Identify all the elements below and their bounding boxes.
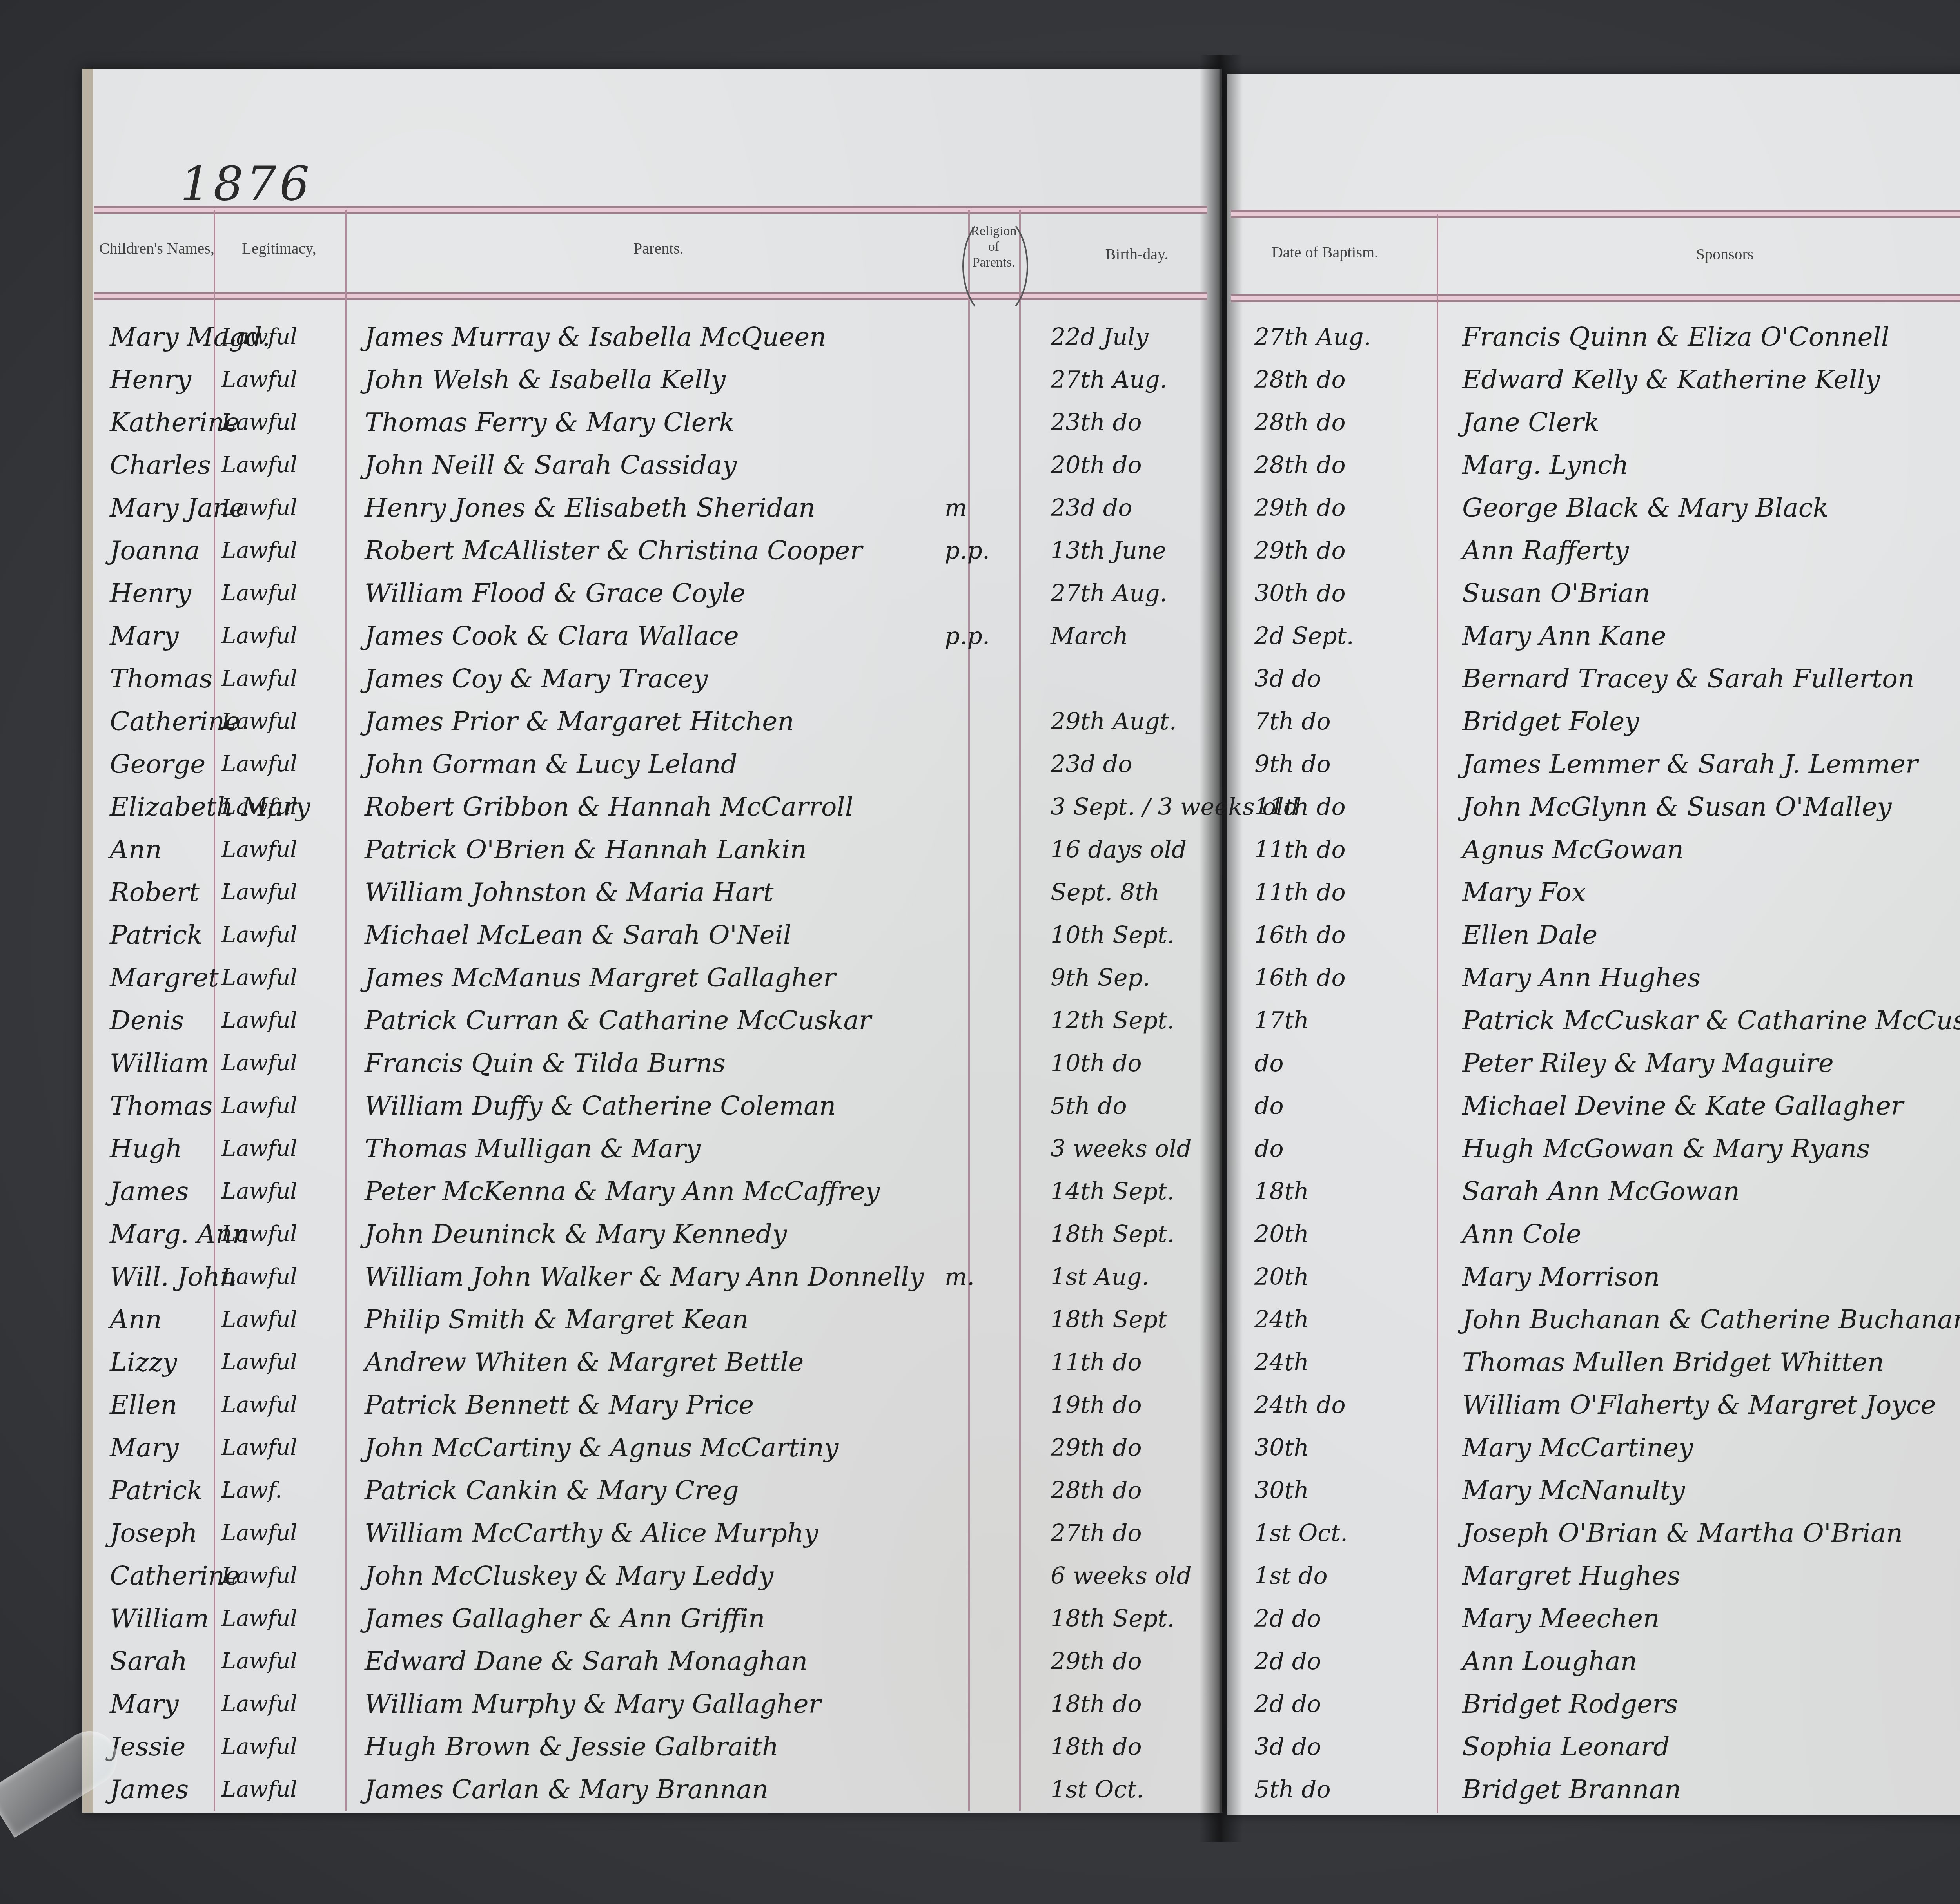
baptism-date: 17th: [1254, 997, 1309, 1044]
baptism-date: 28th do: [1254, 399, 1346, 446]
parents: Robert Gribbon & Hannah McCarroll: [365, 783, 853, 831]
legitimacy: Lawful: [221, 912, 297, 959]
religion: p.p.: [945, 613, 990, 660]
legitimacy: Lawful: [221, 527, 297, 574]
parents: James Prior & Margaret Hitchen: [365, 698, 794, 745]
parents: John McCluskey & Mary Leddy: [365, 1552, 773, 1599]
parents: William Johnston & Maria Hart: [365, 869, 773, 916]
child-name: Robert: [110, 869, 200, 916]
legitimacy: Lawful: [221, 826, 297, 873]
legitimacy: Lawful: [221, 1638, 297, 1685]
sponsors: Margret Hughes: [1462, 1552, 1681, 1599]
register-row: CatherineLawfulJohn McCluskey & Mary Led…: [0, 1552, 1960, 1599]
parents: William Flood & Grace Coyle: [365, 570, 746, 617]
parents: William John Walker & Mary Ann Donnelly: [365, 1253, 924, 1300]
birth-day: 28th do: [1051, 1467, 1142, 1514]
legitimacy: Lawful: [221, 484, 297, 531]
sponsors: Mary McCartiney: [1462, 1424, 1693, 1471]
parents: Francis Quin & Tilda Burns: [365, 1040, 726, 1087]
sponsors: Thomas Mullen Bridget Whitten: [1462, 1339, 1884, 1386]
birth-day: 18th Sept.: [1051, 1211, 1174, 1258]
parents: James Murray & Isabella McQueen: [365, 314, 826, 361]
legitimacy: Lawful: [221, 1382, 297, 1429]
baptism-date: 3d do: [1254, 1723, 1321, 1770]
sponsors: Mary McNanulty: [1462, 1467, 1685, 1514]
parents: William Murphy & Mary Gallagher: [365, 1681, 821, 1728]
header-religion-of-parents: Religion of Parents.: [968, 223, 1019, 270]
child-name: Thomas: [110, 655, 212, 702]
sponsors: Jane Clerk: [1462, 399, 1600, 446]
baptism-date: 11th do: [1254, 783, 1346, 831]
register-row: GeorgeLawfulJohn Gorman & Lucy Leland23d…: [0, 741, 1960, 788]
sponsors: Michael Devine & Kate Gallagher: [1462, 1083, 1904, 1130]
child-name: Joseph: [110, 1510, 198, 1557]
register-row: PatrickLawf.Patrick Cankin & Mary Creg28…: [0, 1467, 1960, 1514]
sponsors: Susan O'Brian: [1462, 570, 1650, 617]
register-row: ThomasLawfulWilliam Duffy & Catherine Co…: [0, 1083, 1960, 1130]
birth-day: 11th do: [1051, 1339, 1142, 1386]
baptism-date: 16th do: [1254, 912, 1346, 959]
header-top-rule-right: [1231, 210, 1960, 218]
parents: Robert McAllister & Christina Cooper: [365, 527, 862, 574]
child-name: Ann: [110, 826, 162, 873]
sponsors: Mary Fox: [1462, 869, 1586, 916]
birth-day: 16 days old: [1051, 826, 1187, 873]
register-row: SarahLawfulEdward Dane & Sarah Monaghan2…: [0, 1638, 1960, 1685]
birth-day: 18th do: [1051, 1723, 1142, 1770]
baptism-date: 11th do: [1254, 869, 1346, 916]
child-name: William: [110, 1040, 209, 1087]
parents: Patrick Bennett & Mary Price: [365, 1382, 754, 1429]
sponsors: Mary Meechen: [1462, 1595, 1659, 1642]
sponsors: John Buchanan & Catherine Buchanan: [1462, 1296, 1960, 1343]
baptism-date: do: [1254, 1125, 1284, 1172]
parents: William Duffy & Catherine Coleman: [365, 1083, 836, 1130]
sponsors: Ellen Dale: [1462, 912, 1597, 959]
parents: John Welsh & Isabella Kelly: [365, 356, 726, 403]
baptism-date: do: [1254, 1040, 1284, 1087]
birth-day: 22d July: [1051, 314, 1149, 361]
sponsors: Patrick McCuskar & Catharine McCuskar: [1462, 997, 1960, 1044]
parents: James Carlan & Mary Brannan: [365, 1766, 768, 1813]
baptism-date: 30th do: [1254, 570, 1346, 617]
legitimacy: Lawful: [221, 1723, 297, 1770]
register-row: MargretLawfulJames McManus Margret Galla…: [0, 954, 1960, 1001]
child-name: William: [110, 1595, 209, 1642]
birth-day: 27th Aug.: [1051, 570, 1167, 617]
child-name: Henry: [110, 356, 191, 403]
parents: James Gallagher & Ann Griffin: [365, 1595, 765, 1642]
register-row: CatherineLawfulJames Prior & Margaret Hi…: [0, 698, 1960, 745]
parents: Philip Smith & Margret Kean: [365, 1296, 748, 1343]
birth-day: 23th do: [1051, 399, 1142, 446]
birth-day: 29th do: [1051, 1638, 1142, 1685]
sponsors: Bridget Foley: [1462, 698, 1639, 745]
register-row: Mary Magd.LawfulJames Murray & Isabella …: [0, 314, 1960, 361]
parents: Michael McLean & Sarah O'Neil: [365, 912, 791, 959]
birth-day: 20th do: [1051, 442, 1142, 489]
birth-day: 13th June: [1051, 527, 1166, 574]
sponsors: Peter Riley & Mary Maguire: [1462, 1040, 1834, 1087]
baptism-date: 9th do: [1254, 741, 1331, 788]
birth-day: 18th Sept: [1051, 1296, 1167, 1343]
baptism-date: 29th do: [1254, 527, 1346, 574]
register-row: PatrickLawfulMichael McLean & Sarah O'Ne…: [0, 912, 1960, 959]
parents: Patrick Cankin & Mary Creg: [365, 1467, 739, 1514]
baptism-date: 3d do: [1254, 655, 1321, 702]
child-name: Ann: [110, 1296, 162, 1343]
parents: Edward Dane & Sarah Monaghan: [365, 1638, 808, 1685]
child-name: Henry: [110, 570, 191, 617]
legitimacy: Lawful: [221, 314, 297, 361]
birth-day: 27th Aug.: [1051, 356, 1167, 403]
parents: James Coy & Mary Tracey: [365, 655, 708, 702]
header-birth-day: Birth-day.: [1105, 245, 1169, 263]
legitimacy: Lawful: [221, 1211, 297, 1258]
baptism-date: 28th do: [1254, 442, 1346, 489]
parents: John McCartiny & Agnus McCartiny: [365, 1424, 838, 1471]
child-name: Ellen: [110, 1382, 177, 1429]
birth-day: 5th do: [1051, 1083, 1127, 1130]
birth-day: March: [1051, 613, 1128, 660]
religion: m.: [945, 1253, 975, 1300]
legitimacy: Lawful: [221, 1595, 297, 1642]
register-row: WilliamLawfulJames Gallagher & Ann Griff…: [0, 1595, 1960, 1642]
child-name: Catherine: [110, 698, 240, 745]
legitimacy: Lawful: [221, 954, 297, 1001]
parents: Patrick O'Brien & Hannah Lankin: [365, 826, 807, 873]
register-row: AnnLawfulPhilip Smith & Margret Kean18th…: [0, 1296, 1960, 1343]
sponsors: Ann Rafferty: [1462, 527, 1629, 574]
child-name: Joanna: [110, 527, 200, 574]
religion: p.p.: [945, 527, 990, 574]
birth-day: 23d do: [1051, 484, 1132, 531]
child-name: Sarah: [110, 1638, 187, 1685]
baptism-date: 2d do: [1254, 1638, 1321, 1685]
child-name: George: [110, 741, 205, 788]
sponsors: Hugh McGowan & Mary Ryans: [1462, 1125, 1870, 1172]
baptism-date: 28th do: [1254, 356, 1346, 403]
baptism-date: 24th do: [1254, 1382, 1346, 1429]
register-row: HenryLawfulWilliam Flood & Grace Coyle27…: [0, 570, 1960, 617]
baptism-date: 18th: [1254, 1168, 1309, 1215]
header-bottom-rule-right: [1231, 294, 1960, 302]
register-row: Mary JaneLawfulHenry Jones & Elisabeth S…: [0, 484, 1960, 531]
parents: Thomas Ferry & Mary Clerk: [365, 399, 735, 446]
register-row: MaryLawfulJames Cook & Clara Wallacep.p.…: [0, 613, 1960, 660]
birth-day: 18th Sept.: [1051, 1595, 1174, 1642]
birth-day: 14th Sept.: [1051, 1168, 1174, 1215]
parents: Henry Jones & Elisabeth Sheridan: [365, 484, 815, 531]
register-row: WilliamLawfulFrancis Quin & Tilda Burns1…: [0, 1040, 1960, 1087]
baptism-date: 1st Oct.: [1254, 1510, 1348, 1557]
register-row: CharlesLawfulJohn Neill & Sarah Cassiday…: [0, 442, 1960, 489]
sponsors: Mary Ann Hughes: [1462, 954, 1700, 1001]
register-row: MaryLawfulJohn McCartiny & Agnus McCarti…: [0, 1424, 1960, 1471]
register-row: LizzyLawfulAndrew Whiten & Margret Bettl…: [0, 1339, 1960, 1386]
birth-day: 18th do: [1051, 1681, 1142, 1728]
child-name: Mary: [110, 1424, 179, 1471]
birth-day: 10th do: [1051, 1040, 1142, 1087]
child-name: Will. John: [110, 1253, 236, 1300]
legitimacy: Lawful: [221, 1510, 297, 1557]
child-name: Jessie: [110, 1723, 185, 1770]
legitimacy: Lawful: [221, 356, 297, 403]
sponsors: Bridget Rodgers: [1462, 1681, 1678, 1728]
birth-day: 6 weeks old: [1051, 1552, 1192, 1599]
child-name: James: [110, 1766, 189, 1813]
legitimacy: Lawf.: [221, 1467, 282, 1514]
sponsors: Sophia Leonard: [1462, 1723, 1670, 1770]
baptism-date: 29th do: [1254, 484, 1346, 531]
legitimacy: Lawful: [221, 997, 297, 1044]
register-row: KatherineLawfulThomas Ferry & Mary Clerk…: [0, 399, 1960, 446]
register-row: Will. JohnLawfulWilliam John Walker & Ma…: [0, 1253, 1960, 1300]
birth-day: 9th Sep.: [1051, 954, 1150, 1001]
sponsors: George Black & Mary Black: [1462, 484, 1829, 531]
parents: Peter McKenna & Mary Ann McCaffrey: [365, 1168, 880, 1215]
baptism-date: 2d do: [1254, 1595, 1321, 1642]
parents: James McManus Margret Gallagher: [365, 954, 835, 1001]
legitimacy: Lawful: [221, 1339, 297, 1386]
child-name: Thomas: [110, 1083, 212, 1130]
register-row: ThomasLawfulJames Coy & Mary Tracey3d do…: [0, 655, 1960, 702]
parents: John Neill & Sarah Cassiday: [365, 442, 737, 489]
birth-day: 29th Augt.: [1051, 698, 1177, 745]
header-children-names: Children's Names,: [99, 239, 214, 257]
legitimacy: Lawful: [221, 655, 297, 702]
legitimacy: Lawful: [221, 1424, 297, 1471]
legitimacy: Lawful: [221, 869, 297, 916]
register-row: JamesLawfulJames Carlan & Mary Brannan1s…: [0, 1766, 1960, 1813]
register-row: JessieLawfulHugh Brown & Jessie Galbrait…: [0, 1723, 1960, 1770]
register-year: 1876: [180, 157, 312, 211]
register-row: EllenLawfulPatrick Bennett & Mary Price1…: [0, 1382, 1960, 1429]
header-date-of-baptism: Date of Baptism.: [1272, 243, 1378, 261]
legitimacy: Lawful: [221, 1552, 297, 1599]
legitimacy: Lawful: [221, 1766, 297, 1813]
register-row: AnnLawfulPatrick O'Brien & Hannah Lankin…: [0, 826, 1960, 873]
baptism-date: 30th: [1254, 1467, 1309, 1514]
child-name: Catherine: [110, 1552, 240, 1599]
birth-day: 29th do: [1051, 1424, 1142, 1471]
register-row: HenryLawfulJohn Welsh & Isabella Kelly27…: [0, 356, 1960, 403]
child-name: Lizzy: [110, 1339, 177, 1386]
parents: Hugh Brown & Jessie Galbraith: [365, 1723, 779, 1770]
child-name: Patrick: [110, 1467, 203, 1514]
header-parents: Parents.: [633, 239, 684, 257]
birth-day: 19th do: [1051, 1382, 1142, 1429]
child-name: Katherine: [110, 399, 240, 446]
parents: Andrew Whiten & Margret Bettle: [365, 1339, 804, 1386]
baptism-date: 1st do: [1254, 1552, 1328, 1599]
register-row: JamesLawfulPeter McKenna & Mary Ann McCa…: [0, 1168, 1960, 1215]
parents: John Gorman & Lucy Leland: [365, 741, 737, 788]
parents: James Cook & Clara Wallace: [365, 613, 739, 660]
register-row: HughLawfulThomas Mulligan & Mary3 weeks …: [0, 1125, 1960, 1172]
baptism-date: 30th: [1254, 1424, 1309, 1471]
parents: John Deuninck & Mary Kennedy: [365, 1211, 787, 1258]
legitimacy: Lawful: [221, 399, 297, 446]
legitimacy: Lawful: [221, 1296, 297, 1343]
header-bottom-rule-left: [94, 292, 1207, 300]
baptism-date: 20th: [1254, 1253, 1309, 1300]
legitimacy: Lawful: [221, 570, 297, 617]
birth-day: 1st Aug.: [1051, 1253, 1149, 1300]
header-legitimacy: Legitimacy,: [242, 239, 316, 257]
register-entries: Mary Magd.LawfulJames Murray & Isabella …: [0, 314, 1960, 1822]
child-name: Charles: [110, 442, 211, 489]
parents: Thomas Mulligan & Mary: [365, 1125, 701, 1172]
birth-day: Sept. 8th: [1051, 869, 1160, 916]
legitimacy: Lawful: [221, 1083, 297, 1130]
register-row: MaryLawfulWilliam Murphy & Mary Gallaghe…: [0, 1681, 1960, 1728]
legitimacy: Lawful: [221, 741, 297, 788]
baptism-date: 24th: [1254, 1339, 1309, 1386]
register-row: Marg. AnnLawfulJohn Deuninck & Mary Kenn…: [0, 1211, 1960, 1258]
sponsors: John McGlynn & Susan O'Malley: [1462, 783, 1892, 831]
child-name: Hugh: [110, 1125, 182, 1172]
child-name: Mary: [110, 1681, 179, 1728]
register-row: JosephLawfulWilliam McCarthy & Alice Mur…: [0, 1510, 1960, 1557]
register-row: DenisLawfulPatrick Curran & Catharine Mc…: [0, 997, 1960, 1044]
child-name: James: [110, 1168, 189, 1215]
child-name: Denis: [110, 997, 184, 1044]
register-row: RobertLawfulWilliam Johnston & Maria Har…: [0, 869, 1960, 916]
parents: Patrick Curran & Catharine McCuskar: [365, 997, 871, 1044]
baptism-date: 2d Sept.: [1254, 613, 1354, 660]
birth-day: 10th Sept.: [1051, 912, 1174, 959]
legitimacy: Lawful: [221, 442, 297, 489]
baptism-date: do: [1254, 1083, 1284, 1130]
baptism-date: 5th do: [1254, 1766, 1331, 1813]
baptism-date: 7th do: [1254, 698, 1331, 745]
birth-day: 3 weeks old: [1051, 1125, 1192, 1172]
register-row: JoannaLawfulRobert McAllister & Christin…: [0, 527, 1960, 574]
legitimacy: Lawful: [221, 1681, 297, 1728]
legitimacy: Lawful: [221, 1125, 297, 1172]
legitimacy: Lawful: [221, 1253, 297, 1300]
parents: William McCarthy & Alice Murphy: [365, 1510, 818, 1557]
legitimacy: Lawful: [221, 698, 297, 745]
baptism-date: 27th Aug.: [1254, 314, 1371, 361]
sponsors: Marg. Lynch: [1462, 442, 1629, 489]
religion: m: [945, 484, 967, 531]
baptism-date: 11th do: [1254, 826, 1346, 873]
birth-day: 23d do: [1051, 741, 1132, 788]
baptism-date: 2d do: [1254, 1681, 1321, 1728]
sponsors: Ann Loughan: [1462, 1638, 1637, 1685]
sponsors: Francis Quinn & Eliza O'Connell: [1462, 314, 1889, 361]
sponsors: Ann Cole: [1462, 1211, 1581, 1258]
child-name: Mary: [110, 613, 179, 660]
header-top-rule-left: [94, 206, 1207, 214]
sponsors: William O'Flaherty & Margret Joyce: [1462, 1382, 1936, 1429]
sponsors: Sarah Ann McGowan: [1462, 1168, 1740, 1215]
header-sponsors: Sponsors: [1696, 245, 1754, 263]
birth-day: 27th do: [1051, 1510, 1142, 1557]
sponsors: Bernard Tracey & Sarah Fullerton: [1462, 655, 1915, 702]
register-row: Elizabeth MaryLawfulRobert Gribbon & Han…: [0, 783, 1960, 831]
legitimacy: Lawful: [221, 783, 297, 831]
legitimacy: Lawful: [221, 1040, 297, 1087]
baptism-date: 16th do: [1254, 954, 1346, 1001]
baptism-date: 20th: [1254, 1211, 1309, 1258]
sponsors: Mary Ann Kane: [1462, 613, 1666, 660]
sponsors: Bridget Brannan: [1462, 1766, 1681, 1813]
sponsors: Mary Morrison: [1462, 1253, 1660, 1300]
baptism-date: 24th: [1254, 1296, 1309, 1343]
birth-day: 12th Sept.: [1051, 997, 1174, 1044]
legitimacy: Lawful: [221, 1168, 297, 1215]
sponsors: Agnus McGowan: [1462, 826, 1684, 873]
birth-day: 1st Oct.: [1051, 1766, 1144, 1813]
legitimacy: Lawful: [221, 613, 297, 660]
sponsors: James Lemmer & Sarah J. Lemmer: [1462, 741, 1918, 788]
sponsors: Joseph O'Brian & Martha O'Brian: [1462, 1510, 1903, 1557]
child-name: Patrick: [110, 912, 203, 959]
child-name: Margret: [110, 954, 219, 1001]
sponsors: Edward Kelly & Katherine Kelly: [1462, 356, 1880, 403]
